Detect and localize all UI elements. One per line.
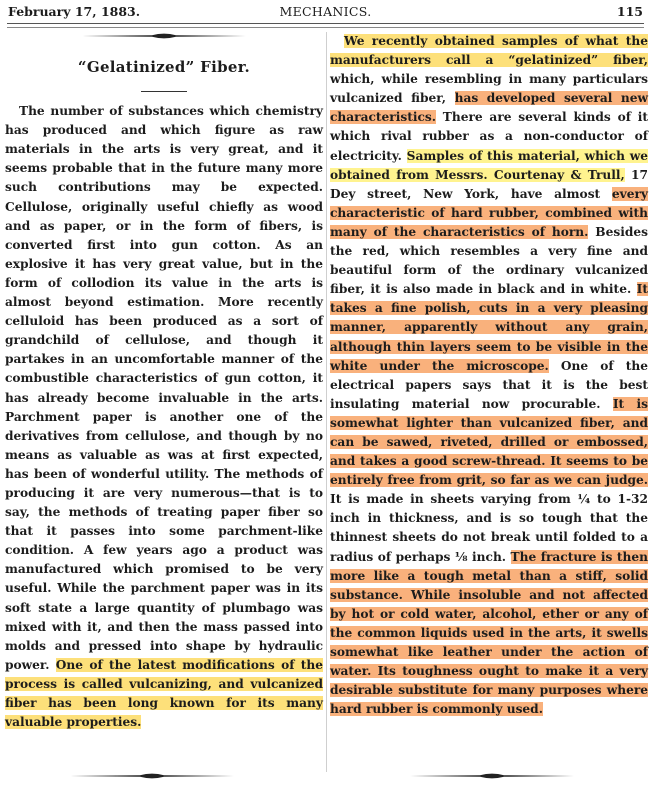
right-paragraph: We recently obtained samples of what the…	[330, 32, 648, 719]
page-header: February 17, 1883. MECHANICS. 115	[8, 4, 643, 20]
right-column: We recently obtained samples of what the…	[330, 32, 648, 719]
highlight-samples-obtained: We recently obtained samples of what the…	[330, 34, 648, 67]
ornament-bottom-right-icon	[410, 772, 574, 780]
page-number: 115	[617, 4, 643, 19]
left-text: The number of substances which chemistry…	[5, 104, 323, 672]
highlight-fracture-toughness: The fracture is then more like a tough m…	[330, 550, 648, 717]
left-paragraph: The number of substances which chemistry…	[5, 102, 323, 732]
left-column: “Gelatinized” Fiber. The number of subst…	[5, 32, 323, 732]
publication-name: MECHANICS.	[8, 4, 643, 19]
column-divider	[326, 32, 327, 772]
ornament-divider-icon	[82, 32, 246, 40]
header-rule	[7, 23, 644, 28]
title-rule	[141, 91, 187, 92]
ornament-bottom-left-icon	[70, 772, 234, 780]
article-title: “Gelatinized” Fiber.	[5, 58, 323, 77]
